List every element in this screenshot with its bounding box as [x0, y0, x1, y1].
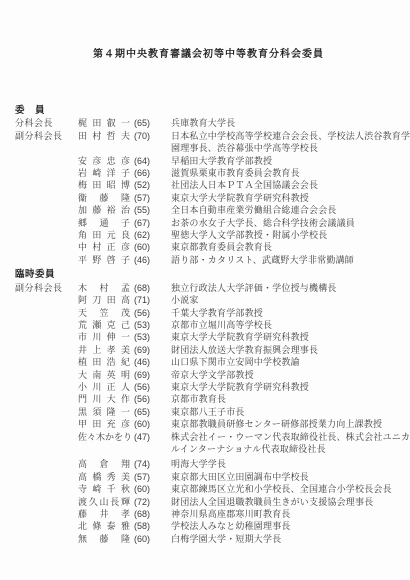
- member-row: 渡久山長輝 (72) 財団法人全国退職教職員生きがい支援協会理事長: [15, 496, 402, 508]
- member-row: 加藤裕治 (55) 全日本自動車産業労働組合総連合会会長: [15, 204, 402, 216]
- member-age: (64): [134, 155, 171, 167]
- member-name: 小川正人: [78, 381, 130, 393]
- member-description-line: 山口県下関市立安岡中学校教諭: [171, 356, 402, 368]
- member-description-line: 株式会社イー・ウーマン代表取締役社長、株式会社ユニカ: [171, 431, 402, 443]
- member-description: 東京大学大学院教育学研究科教授: [171, 381, 402, 393]
- member-description: 独立行政法人大学評価・学位授与機構長: [171, 282, 402, 294]
- member-name: 衞藤隆: [78, 192, 130, 204]
- member-description-line: 千葉大学教育学部教授: [171, 307, 402, 319]
- member-name: 無藤隆: [78, 533, 130, 545]
- member-row: 岩崎洋子 (66) 滋賀県栗東市教育委員会教育長: [15, 167, 402, 179]
- member-description-line: お茶の水女子大学長、総合科学技術会議議員: [171, 217, 402, 229]
- member-age: (67): [134, 217, 171, 229]
- member-age: (66): [134, 167, 171, 179]
- member-age: (55): [134, 204, 171, 216]
- member-description: 社団法人日本ＰＴＡ全国協議会会長: [171, 179, 402, 191]
- member-section: 臨時委員 副分科会長 木村孟 (68) 独立行政法人大学評価・学位授与機構長 阿…: [15, 269, 402, 545]
- member-description: 東京大学大学院教育学研究科教授: [171, 331, 402, 343]
- member-description-line: 早稲田大学教育学部教授: [171, 155, 402, 167]
- member-row: 阿刀田高 (71) 小説家: [15, 294, 402, 306]
- member-row: 門川大作 (56) 京都市教育長: [15, 393, 402, 405]
- member-name: 加藤裕治: [78, 204, 130, 216]
- member-name: 佐々木かをり: [78, 431, 130, 443]
- member-row: 北條泰雅 (58) 学校法人みなと幼稚園理事長: [15, 520, 402, 532]
- member-name: 植田浩紀: [78, 356, 130, 368]
- member-name: 甲田充彦: [78, 418, 130, 430]
- member-description-line: 東京大学大学院教育学研究科教授: [171, 192, 402, 204]
- member-description: 早稲田大学教育学部教授: [171, 155, 402, 167]
- member-description-line: 東京大学大学院教育学研究科教授: [171, 331, 402, 343]
- member-description-line: 神奈川県高座郡寒川町教育長: [171, 508, 402, 520]
- member-description-line: 兵庫教育大学長: [171, 117, 402, 129]
- member-description: 東京都大田区立田園調布中学校長: [171, 471, 402, 483]
- member-section: 委 員 分科会長 梶田叡一 (65) 兵庫教育大学長 副分科会長 田村哲夫 (7…: [15, 105, 402, 266]
- member-description-line: 京都市教育長: [171, 393, 402, 405]
- member-description-line: 東京都教育委員会教育長: [171, 241, 402, 253]
- member-description: 兵庫教育大学長: [171, 117, 402, 129]
- member-description: 株式会社イー・ウーマン代表取締役社長、株式会社ユニカルインターナショナル代表取締…: [171, 431, 402, 456]
- member-age: (71): [134, 294, 171, 306]
- member-age: (47): [134, 431, 171, 443]
- member-rows: 副分科会長 木村孟 (68) 独立行政法人大学評価・学位授与機構長 阿刀田高 (…: [15, 282, 402, 546]
- member-age: (72): [134, 496, 171, 508]
- member-name: 田村哲夫: [78, 130, 130, 142]
- member-name: 梶田叡一: [78, 117, 130, 129]
- member-description: 東京大学大学院教育学研究科教授: [171, 192, 402, 204]
- member-description-line: 京都市立堀川高等学校長: [171, 319, 402, 331]
- member-name: 井上孝美: [78, 344, 130, 356]
- member-description-line: 明海大学学長: [171, 458, 402, 470]
- member-row: 角田元良 (62) 聖徳大学人文学部教授・附属小学校長: [15, 229, 402, 241]
- member-age: (57): [134, 192, 171, 204]
- member-description: 学校法人みなと幼稚園理事長: [171, 520, 402, 532]
- member-description: 小説家: [171, 294, 402, 306]
- member-name: 大南英明: [78, 369, 130, 381]
- member-description: 東京都教育委員会教育長: [171, 241, 402, 253]
- member-name: 藤井孝: [78, 508, 130, 520]
- member-row: 荒瀬克己 (53) 京都市立堀川高等学校長: [15, 319, 402, 331]
- member-name: 渡久山長輝: [78, 496, 130, 508]
- member-row: 甲田充彦 (60) 東京都教職員研修センター研修部授業力向上課教授: [15, 418, 402, 430]
- member-age: (69): [134, 369, 171, 381]
- member-age: (53): [134, 331, 171, 343]
- member-description-line: 聖徳大学人文学部教授・附属小学校長: [171, 229, 402, 241]
- member-description-line: ルインターナショナル代表取締役社長: [171, 443, 402, 455]
- member-age: (65): [134, 406, 171, 418]
- member-description-line: 日本私立中学校高等学校連合会会長、学校法人渋谷教育学: [171, 130, 402, 142]
- member-description-line: 東京都練馬区立光和小学校長、全国連合小学校長会長: [171, 483, 402, 495]
- member-row: 無藤隆 (60) 白梅学園大学・短期大学長: [15, 533, 402, 545]
- member-name: 平野啓子: [78, 254, 130, 266]
- member-description: 聖徳大学人文学部教授・附属小学校長: [171, 229, 402, 241]
- page-title: 第４期中央教育審議会初等中等教育分科会委員: [15, 0, 402, 61]
- member-name: 天笠茂: [78, 307, 130, 319]
- member-description-line: 東京大学大学院教育学研究科教授: [171, 381, 402, 393]
- member-description-line: 社団法人日本ＰＴＡ全国協議会会長: [171, 179, 402, 191]
- member-age: (57): [134, 471, 171, 483]
- member-age: (60): [134, 483, 171, 495]
- member-name: 市川伸一: [78, 331, 130, 343]
- document-page: 第４期中央教育審議会初等中等教育分科会委員 委 員 分科会長 梶田叡一 (65)…: [0, 0, 410, 580]
- member-description: お茶の水女子大学長、総合科学技術会議議員: [171, 217, 402, 229]
- member-rows: 分科会長 梶田叡一 (65) 兵庫教育大学長 副分科会長 田村哲夫 (70) 日…: [15, 117, 402, 266]
- member-age: (53): [134, 319, 171, 331]
- member-role: 分科会長: [15, 117, 78, 129]
- member-row: 副分科会長 田村哲夫 (70) 日本私立中学校高等学校連合会会長、学校法人渋谷教…: [15, 130, 402, 155]
- member-row: 衞藤隆 (57) 東京大学大学院教育学研究科教授: [15, 192, 402, 204]
- member-description-line: 滋賀県栗東市教育委員会教育長: [171, 167, 402, 179]
- member-name: 門川大作: [78, 393, 130, 405]
- section-heading: 臨時委員: [15, 269, 402, 281]
- member-description: 千葉大学教育学部教授: [171, 307, 402, 319]
- section-heading: 委 員: [15, 105, 402, 117]
- member-description-line: 全日本自動車産業労働組合総連合会会長: [171, 204, 402, 216]
- member-name: 梅田昭博: [78, 179, 130, 191]
- member-age: (74): [134, 458, 171, 470]
- member-row: 安彦忠彦 (64) 早稲田大学教育学部教授: [15, 155, 402, 167]
- member-row: 井上孝美 (69) 財団法人放送大学教育振興会理事長: [15, 344, 402, 356]
- member-age: (46): [134, 254, 171, 266]
- member-age: (56): [134, 393, 171, 405]
- member-name: 黒須隆一: [78, 406, 130, 418]
- member-age: (65): [134, 117, 171, 129]
- member-description-line: 学校法人みなと幼稚園理事長: [171, 520, 402, 532]
- member-description-line: 語り部・カタリスト、武蔵野大学非常勤講師: [171, 254, 402, 266]
- member-row: 梅田昭博 (52) 社団法人日本ＰＴＡ全国協議会会長: [15, 179, 402, 191]
- member-age: (60): [134, 241, 171, 253]
- member-row: 大南英明 (69) 帝京大学文学部教授: [15, 369, 402, 381]
- member-name: 北條泰雅: [78, 520, 130, 532]
- member-description: 東京都練馬区立光和小学校長、全国連合小学校長会長: [171, 483, 402, 495]
- member-row: 高橋秀美 (57) 東京都大田区立田園調布中学校長: [15, 471, 402, 483]
- member-description: 帝京大学文学部教授: [171, 369, 402, 381]
- member-row: 植田浩紀 (46) 山口県下関市立安岡中学校教諭: [15, 356, 402, 368]
- member-description-line: 財団法人放送大学教育振興会理事長: [171, 344, 402, 356]
- member-description: 語り部・カタリスト、武蔵野大学非常勤講師: [171, 254, 402, 266]
- member-age: (68): [134, 282, 171, 294]
- member-name: 郷通子: [78, 217, 130, 229]
- member-description-line: 帝京大学文学部教授: [171, 369, 402, 381]
- member-row: 佐々木かをり (47) 株式会社イー・ウーマン代表取締役社長、株式会社ユニカルイ…: [15, 431, 402, 456]
- member-description-line: 小説家: [171, 294, 402, 306]
- member-row: 副分科会長 木村孟 (68) 独立行政法人大学評価・学位授与機構長: [15, 282, 402, 294]
- member-name: 寺崎千秋: [78, 483, 130, 495]
- member-age: (56): [134, 381, 171, 393]
- member-sections: 委 員 分科会長 梶田叡一 (65) 兵庫教育大学長 副分科会長 田村哲夫 (7…: [15, 105, 402, 545]
- member-role: 副分科会長: [15, 282, 78, 294]
- member-description-line: 東京都八王子市長: [171, 406, 402, 418]
- member-age: (58): [134, 520, 171, 532]
- member-name: 角田元良: [78, 229, 130, 241]
- member-name: 荒瀬克己: [78, 319, 130, 331]
- member-row: 郷通子 (67) お茶の水女子大学長、総合科学技術会議議員: [15, 217, 402, 229]
- member-description: 京都市立堀川高等学校長: [171, 319, 402, 331]
- member-age: (52): [134, 179, 171, 191]
- member-description: 財団法人放送大学教育振興会理事長: [171, 344, 402, 356]
- member-description-line: 白梅学園大学・短期大学長: [171, 533, 402, 545]
- member-age: (69): [134, 344, 171, 356]
- member-description: 白梅学園大学・短期大学長: [171, 533, 402, 545]
- member-description: 日本私立中学校高等学校連合会会長、学校法人渋谷教育学園理事長、渋谷幕張中学高等学…: [171, 130, 402, 155]
- member-description: 滋賀県栗東市教育委員会教育長: [171, 167, 402, 179]
- member-row: 市川伸一 (53) 東京大学大学院教育学研究科教授: [15, 331, 402, 343]
- member-description: 京都市教育長: [171, 393, 402, 405]
- member-age: (60): [134, 418, 171, 430]
- member-role: 副分科会長: [15, 130, 78, 142]
- member-description: 山口県下関市立安岡中学校教諭: [171, 356, 402, 368]
- member-description: 全日本自動車産業労働組合総連合会会長: [171, 204, 402, 216]
- member-name: 木村孟: [78, 282, 130, 294]
- member-row: 高倉翔 (74) 明海大学学長: [15, 458, 402, 470]
- member-description-line: 独立行政法人大学評価・学位授与機構長: [171, 282, 402, 294]
- member-name: 岩崎洋子: [78, 167, 130, 179]
- member-row: 中村正彦 (60) 東京都教育委員会教育長: [15, 241, 402, 253]
- member-description-line: 財団法人全国退職教職員生きがい支援協会理事長: [171, 496, 402, 508]
- member-description: 東京都八王子市長: [171, 406, 402, 418]
- member-row: 藤井孝 (68) 神奈川県高座郡寒川町教育長: [15, 508, 402, 520]
- member-row: 分科会長 梶田叡一 (65) 兵庫教育大学長: [15, 117, 402, 129]
- member-name: 高倉翔: [78, 458, 130, 470]
- member-description-line: 園理事長、渋谷幕張中学高等学校長: [171, 142, 402, 154]
- member-row: 天笠茂 (56) 千葉大学教育学部教授: [15, 307, 402, 319]
- member-row: 黒須隆一 (65) 東京都八王子市長: [15, 406, 402, 418]
- member-name: 高橋秀美: [78, 471, 130, 483]
- member-description-line: 東京都大田区立田園調布中学校長: [171, 471, 402, 483]
- member-name: 安彦忠彦: [78, 155, 130, 167]
- member-row: 平野啓子 (46) 語り部・カタリスト、武蔵野大学非常勤講師: [15, 254, 402, 266]
- member-age: (62): [134, 229, 171, 241]
- member-age: (68): [134, 508, 171, 520]
- member-description: 東京都教職員研修センター研修部授業力向上課教授: [171, 418, 402, 430]
- member-description: 神奈川県高座郡寒川町教育長: [171, 508, 402, 520]
- member-age: (46): [134, 356, 171, 368]
- member-name: 阿刀田高: [78, 294, 130, 306]
- member-age: (56): [134, 307, 171, 319]
- member-age: (70): [134, 130, 171, 142]
- member-name: 中村正彦: [78, 241, 130, 253]
- member-description: 財団法人全国退職教職員生きがい支援協会理事長: [171, 496, 402, 508]
- member-description: 明海大学学長: [171, 458, 402, 470]
- member-description-line: 東京都教職員研修センター研修部授業力向上課教授: [171, 418, 402, 430]
- member-age: (60): [134, 533, 171, 545]
- member-row: 寺崎千秋 (60) 東京都練馬区立光和小学校長、全国連合小学校長会長: [15, 483, 402, 495]
- member-row: 小川正人 (56) 東京大学大学院教育学研究科教授: [15, 381, 402, 393]
